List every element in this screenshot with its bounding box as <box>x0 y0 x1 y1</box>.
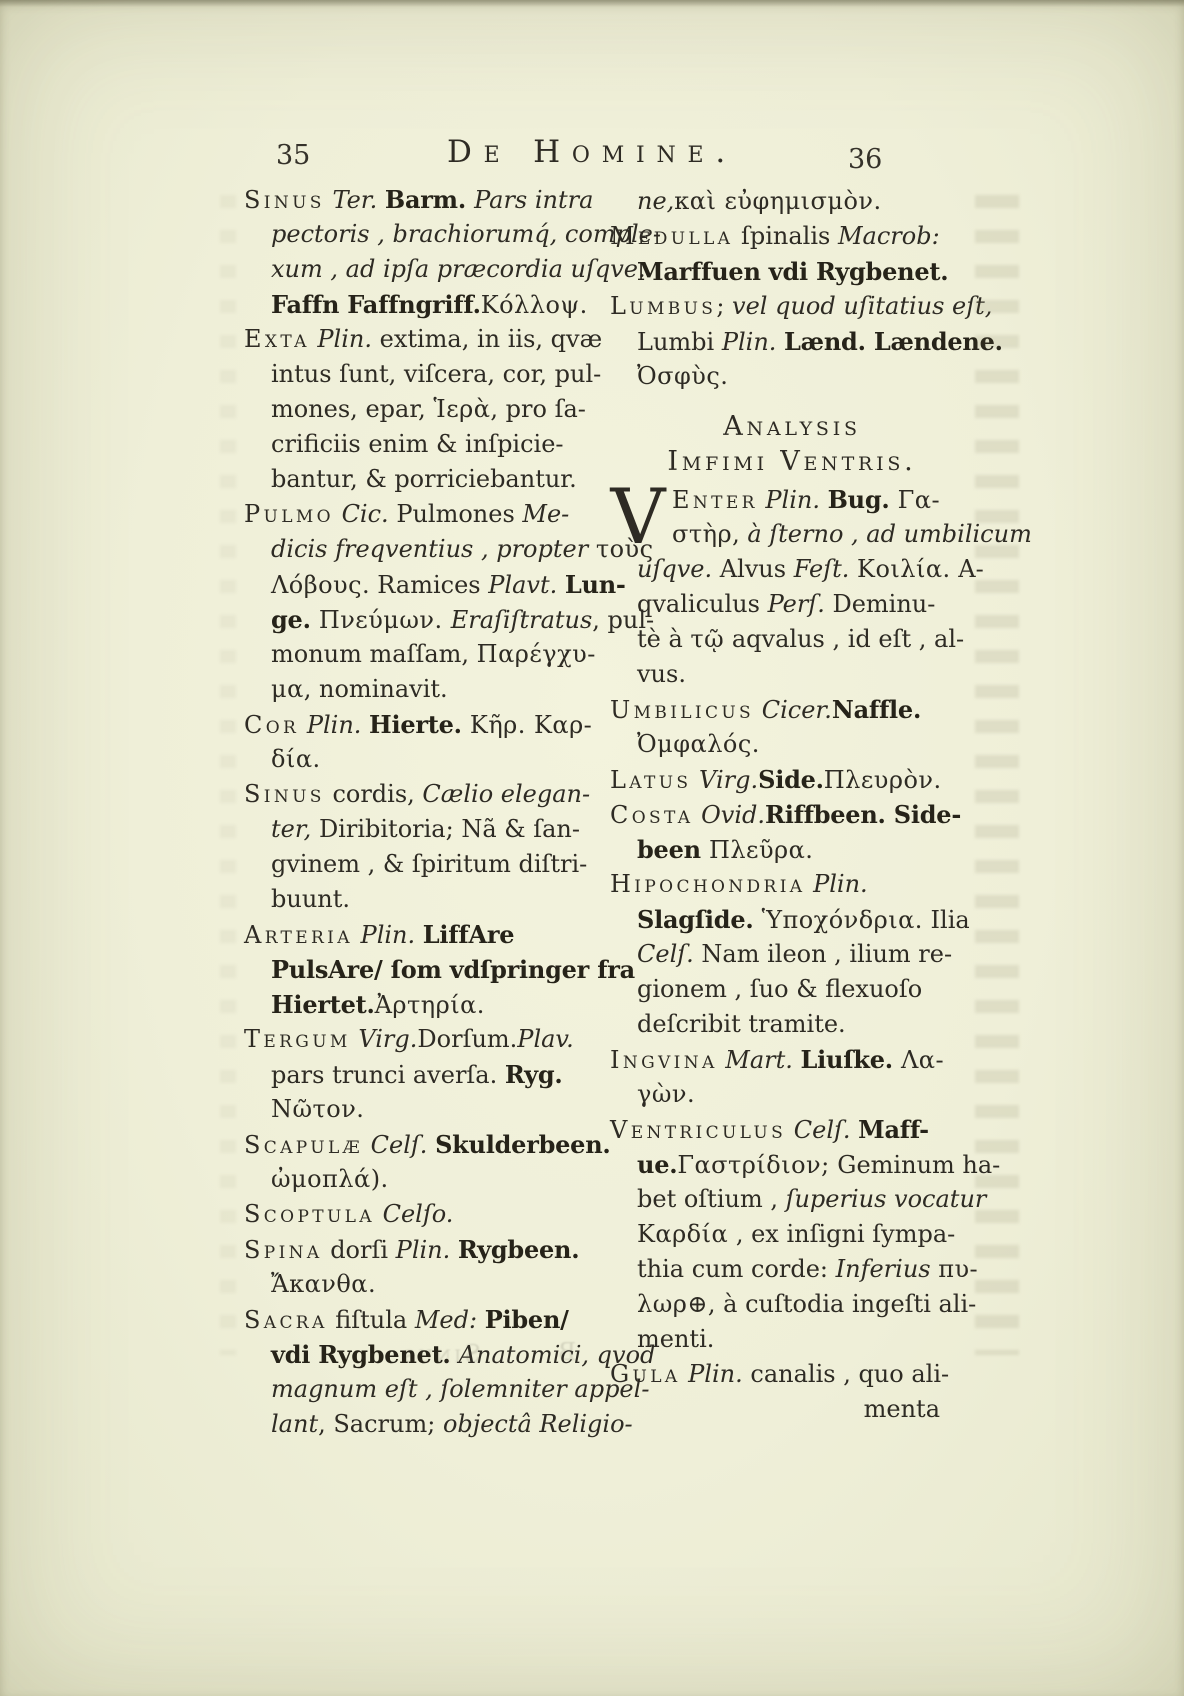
ink-bleedthrough-right-margin <box>975 195 1019 1355</box>
text-line: Sinus Ter. Barm. Pars intra <box>244 182 600 217</box>
text-segment-lm: Umbilicus <box>610 696 754 724</box>
text-segment-i: Plin. <box>813 870 868 898</box>
text-line: thia cum corde: Inferius πυ- <box>610 1252 974 1287</box>
text-segment-r: tè à <box>637 625 690 653</box>
text-segment-g: Ὀμφαλός. <box>637 730 760 758</box>
text-segment-r: , ex inſigni ſympa- <box>728 1220 955 1248</box>
text-segment-g: δία. <box>271 745 321 773</box>
drop-cap-initial: V <box>610 485 666 551</box>
text-segment-r: , Sacrum; <box>318 1410 443 1438</box>
text-segment-i: vel quod uſitatius eſt, <box>732 292 992 320</box>
text-segment-g: Νῶτον. <box>271 1095 364 1123</box>
text-segment-i: Plavt. <box>488 571 565 599</box>
text-segment-r: gionem , ſuo & flexuoſo <box>637 975 922 1003</box>
folio-number-right: 36 <box>848 144 882 175</box>
text-segment-i: Virg. <box>358 1025 417 1053</box>
text-segment-g: Ὀσφὺς. <box>637 362 728 390</box>
text-segment-lm: Arteria <box>244 921 353 949</box>
text-segment-g: Γαστρίδιον; <box>677 1151 829 1179</box>
text-line: Gula Plin. canalis , quo ali- <box>610 1357 974 1392</box>
text-segment-i: Plin. <box>317 325 379 353</box>
text-segment-lm: Cor <box>244 711 299 739</box>
text-segment-i: Virg. <box>699 766 758 794</box>
verso-signature-mark: B <box>555 1338 576 1366</box>
text-segment-i: Perſ. <box>768 590 833 618</box>
text-segment-g: Λα- <box>901 1046 944 1074</box>
text-segment-lm: Imfimi Ventris. <box>667 446 916 477</box>
text-segment-i: uſqve. <box>637 555 720 583</box>
dictionary-entry: Scoptula Celſo. <box>244 1197 600 1232</box>
text-segment-i: Plin. <box>307 711 369 739</box>
text-segment-f: Skulderbeen. <box>435 1130 610 1159</box>
text-line: δία. <box>244 742 600 777</box>
text-segment-lm: Sinus <box>244 780 325 808</box>
text-segment-r: ſpinalis <box>733 222 838 250</box>
text-segment-g: Λόβους <box>271 571 362 599</box>
text-segment-i: Feſt. <box>794 555 857 583</box>
text-segment-i: Plin. <box>396 1236 458 1264</box>
text-line: Scoptula Celſo. <box>244 1197 600 1232</box>
text-segment-lm: Medulla <box>610 222 733 250</box>
text-line: Ingvina Mart. Liuſke. Λα- <box>610 1042 974 1077</box>
text-segment-r: crificiis enim & inſpicie- <box>271 430 564 458</box>
dictionary-entry: Hipochondria Plin.Slagſide. Ὑποχόνδρια. … <box>610 867 974 1042</box>
text-line: ne,καὶ εὐφημισμὸν. <box>610 184 974 219</box>
text-segment-r <box>334 500 342 528</box>
text-segment-r <box>805 870 813 898</box>
text-line: Faffn Faffngriff.Κόλλοψ. <box>244 287 600 322</box>
text-segment-i: Eraſiſtratus <box>451 606 593 634</box>
text-segment-r: monum maſſam, <box>271 640 477 668</box>
text-line: Analysis <box>610 409 974 444</box>
text-segment-lm: Costa <box>610 801 693 829</box>
text-line: deſcribit tramite. <box>610 1007 974 1042</box>
dictionary-entry: Tergum Virg.Dorſum.Plav.pars trunci aver… <box>244 1022 600 1127</box>
text-segment-g: Ὑποχόνδρια. <box>762 906 923 934</box>
text-segment-g: πυ- <box>938 1255 978 1283</box>
text-segment-r: qvaliculus <box>637 590 768 618</box>
text-line: dicis freqventius , propter τοὺς <box>244 532 600 567</box>
dictionary-entry: Cor Plin. Hierte. Κῆρ. Καρ-δία. <box>244 707 600 777</box>
dictionary-entry: Ventriculus Celſ. Maff-ue.Γαστρίδιον; Ge… <box>610 1112 974 1357</box>
text-segment-f: LiffAre <box>423 920 515 949</box>
text-segment-r: canalis , quo ali- <box>750 1360 949 1388</box>
text-segment-r: Lumbi <box>637 328 722 356</box>
text-segment-f: Ryg. <box>505 1060 563 1089</box>
page-title: De Homine. <box>0 134 1184 170</box>
text-line: Pulmo Cic. Pulmones Me- <box>244 497 600 532</box>
text-segment-lm: Lumbus <box>610 292 716 320</box>
dictionary-entry: VEnter Plin. Bug. Γα-στὴρ, à ſterno , ad… <box>610 482 974 692</box>
text-line: Νῶτον. <box>244 1092 600 1127</box>
text-segment-f: Riffbeen. Side- <box>765 800 961 829</box>
text-segment-i: pectoris , brachiorumq́, comple- <box>271 220 661 248</box>
text-segment-g: Κοιλία. <box>857 555 951 583</box>
text-segment-r <box>299 711 307 739</box>
text-segment-g: καὶ εὐφημισμὸν. <box>674 187 881 215</box>
text-segment-i: Macrob: <box>838 222 940 250</box>
text-line: Λόβους. Ramices Plavt. Lun- <box>244 567 600 602</box>
text-segment-g: Καρδία <box>637 1220 728 1248</box>
text-segment-r: Pulmones <box>396 500 522 528</box>
text-line: gvinem , & ſpiritum diſtri- <box>244 847 600 882</box>
text-segment-r: Diribitoria; Nã & ſan- <box>311 815 580 843</box>
text-segment-r: . Ramices <box>362 571 488 599</box>
text-line: ge. Πνεύμων. Eraſiſtratus, pul- <box>244 602 600 637</box>
text-segment-g: Κόλλοψ. <box>481 291 588 319</box>
text-line: pectoris , brachiorumq́, comple- <box>244 217 600 252</box>
text-line: Marffuen vdi Rygbenet. <box>610 254 974 289</box>
text-segment-g: Πλεῦρα. <box>709 836 813 864</box>
text-line: Slagſide. Ὑποχόνδρια. Ilia <box>610 902 974 937</box>
text-segment-i: Cicer. <box>762 696 832 724</box>
dictionary-entry: Scapulæ Celſ. Skulderbeen.ὠμοπλά). <box>244 1127 600 1197</box>
text-segment-r <box>375 1200 383 1228</box>
text-line: Hiertet.Ἀρτηρία. <box>244 987 600 1022</box>
text-segment-i: Inferius <box>836 1255 939 1283</box>
text-segment-r: pars trunci averſa. <box>271 1061 505 1089</box>
text-segment-lm: Ingvina <box>610 1046 718 1074</box>
text-segment-i: Cic. <box>342 500 397 528</box>
text-segment-r: aqvalus , id eſt , al- <box>724 625 964 653</box>
text-line: Tergum Virg.Dorſum.Plav. <box>244 1022 600 1057</box>
text-segment-i: objectâ Religio- <box>443 1410 633 1438</box>
dictionary-entry: Umbilicus Cicer.Naffle.Ὀμφαλός. <box>610 692 974 762</box>
text-line: γὼν. <box>610 1077 974 1112</box>
dictionary-entry: Sinus cordis, Cælio elegan-ter, Diribito… <box>244 777 600 917</box>
text-segment-i: Plin. <box>765 486 827 514</box>
text-segment-f: Lænd. Lændene. <box>784 327 1003 356</box>
text-segment-i: ne, <box>637 187 674 215</box>
scan-edge-shadow <box>0 0 1184 7</box>
text-segment-f: PulsAre/ ſom vdſpringer fra <box>271 955 635 984</box>
text-segment-f: Hierte. <box>369 710 470 739</box>
dictionary-entry: Lumbus; vel quod uſitatius eſt,Lumbi Pli… <box>610 289 974 394</box>
text-line: Καρδία , ex inſigni ſympa- <box>610 1217 974 1252</box>
text-segment-i: Celſo. <box>383 1200 454 1228</box>
text-segment-i: Med: <box>415 1306 485 1334</box>
text-segment-r: Alvus <box>720 555 794 583</box>
text-line: Ἄκανθα. <box>244 1267 600 1302</box>
text-line: Arteria Plin. LiffAre <box>244 917 600 952</box>
dictionary-entry: ne,καὶ εὐφημισμὸν. <box>610 184 974 219</box>
text-segment-r: intus ſunt, viſcera, cor, pul- <box>271 360 601 388</box>
text-segment-r: mones, epar, <box>271 395 433 423</box>
text-line: menti. <box>610 1322 974 1357</box>
text-segment-r: vus. <box>637 660 686 688</box>
text-segment-g: Πλευρὸν. <box>824 766 942 794</box>
text-line: Celſ. Nam ileon , ilium re- <box>610 937 974 972</box>
right-text-column: ne,καὶ εὐφημισμὸν.Medulla ſpinalis Macro… <box>610 184 974 1427</box>
text-segment-f: Rygbeen. <box>458 1235 579 1264</box>
text-line: Umbilicus Cicer.Naffle. <box>610 692 974 727</box>
text-segment-f: Liuſke. <box>801 1045 901 1074</box>
text-segment-r: bantur, & porriciebantur. <box>271 465 577 493</box>
text-segment-i: Mart. <box>725 1046 800 1074</box>
ink-bleedthrough-left-margin <box>220 195 236 1355</box>
text-segment-lm: Spina <box>244 1236 323 1264</box>
text-line: lant, Sacrum; objectâ Religio- <box>244 1407 600 1442</box>
text-segment-i: Celſ. <box>637 940 701 968</box>
text-segment-i: Plin. <box>361 921 423 949</box>
text-segment-f: Naffle. <box>832 695 921 724</box>
text-segment-lm: Enter <box>672 486 758 514</box>
text-line: pars trunci averſa. Ryg. <box>244 1057 600 1092</box>
text-segment-lm: Ventriculus <box>610 1116 786 1144</box>
text-line: buunt. <box>244 882 600 917</box>
text-segment-lm: Analysis <box>723 411 861 442</box>
text-segment-g: στὴρ <box>672 520 732 548</box>
text-segment-g: Ἄκανθα. <box>271 1270 376 1298</box>
text-segment-g: τῷ <box>690 625 724 653</box>
text-segment-r: Nam ileon , ilium re- <box>701 940 952 968</box>
text-line: gionem , ſuo & flexuoſo <box>610 972 974 1007</box>
text-segment-i: Celſ. <box>794 1116 858 1144</box>
text-segment-lm: Sinus <box>244 186 325 214</box>
text-segment-r: thia cum corde: <box>637 1255 836 1283</box>
text-segment-g: γὼν. <box>637 1080 695 1108</box>
text-segment-r: , à cuſtodia ingeſti ali- <box>708 1290 976 1318</box>
text-segment-lm: Scapulæ <box>244 1131 363 1159</box>
text-line: vus. <box>610 657 974 692</box>
text-line: Ventriculus Celſ. Maff- <box>610 1112 974 1147</box>
text-segment-i: Celſ. <box>371 1131 435 1159</box>
text-line: Sinus cordis, Cælio elegan- <box>244 777 600 812</box>
dictionary-entry: Sinus Ter. Barm. Pars intrapectoris , br… <box>244 182 600 322</box>
text-segment-i: Ovid. <box>701 801 765 829</box>
text-segment-i: lant <box>271 1410 318 1438</box>
text-segment-f: Maff- <box>858 1115 929 1144</box>
text-segment-r: extima, in iis, qvæ <box>380 325 603 353</box>
dictionary-entry: Medulla ſpinalis Macrob:Marffuen vdi Ryg… <box>610 219 974 289</box>
text-segment-r: bet oſtium , <box>637 1185 786 1213</box>
text-line: μα, nominavit. <box>244 672 600 707</box>
dictionary-entry: Exta Plin. extima, in iis, qvæintus ſunt… <box>244 322 600 497</box>
text-segment-i: Plin. <box>722 328 784 356</box>
text-segment-lm: Exta <box>244 325 310 353</box>
text-line: Latus Virg.Side.Πλευρὸν. <box>610 762 974 797</box>
text-line: xum , ad ipſa præcordia uſqve. <box>244 252 600 287</box>
text-line: tè à τῷ aqvalus , id eſt , al- <box>610 622 974 657</box>
text-line: Exta Plin. extima, in iis, qvæ <box>244 322 600 357</box>
text-segment-f: Slagſide. <box>637 905 762 934</box>
text-line: Costa Ovid.Riffbeen. Side- <box>610 797 974 832</box>
text-line: Hipochondria Plin. <box>610 867 974 902</box>
section-heading: AnalysisImfimi Ventris. <box>610 409 974 479</box>
text-line: λωρ⊕, à cuſtodia ingeſti ali- <box>610 1287 974 1322</box>
text-segment-r: deſcribit tramite. <box>637 1010 846 1038</box>
text-segment-f: Hiertet. <box>271 990 375 1019</box>
text-segment-g: Ἱερὰ <box>433 395 490 423</box>
text-segment-i: Ter. <box>332 186 384 214</box>
text-segment-lm: Hipochondria <box>610 870 805 898</box>
text-segment-r: , nominavit. <box>304 675 448 703</box>
dictionary-entry: Costa Ovid.Riffbeen. Side-been Πλεῦρα. <box>610 797 974 867</box>
text-line: Scapulæ Celſ. Skulderbeen. <box>244 1127 600 1162</box>
text-segment-r <box>363 1131 371 1159</box>
text-segment-g: Γα- <box>898 486 940 514</box>
text-segment-f: Bug. <box>828 485 898 514</box>
scanned-book-page: 35 De Homine. 36 Sinus Ter. Barm. Pars i… <box>0 0 1184 1696</box>
dictionary-entry: Latus Virg.Side.Πλευρὸν. <box>610 762 974 797</box>
text-segment-f: Side. <box>758 765 824 794</box>
text-segment-r <box>353 921 361 949</box>
text-segment-r <box>754 696 762 724</box>
text-segment-lm: Pulmo <box>244 500 334 528</box>
text-segment-f: ue. <box>637 1150 677 1179</box>
text-segment-g: μα <box>271 675 304 703</box>
dictionary-entry: Gula Plin. canalis , quo ali-menta <box>610 1357 974 1427</box>
text-line: intus ſunt, viſcera, cor, pul- <box>244 357 600 392</box>
text-segment-g: Παρέγχυ- <box>477 640 596 668</box>
text-segment-g: Κῆρ. Καρ- <box>470 711 592 739</box>
text-segment-i: Pars intra <box>474 186 593 214</box>
text-line: Lumbus; vel quod uſitatius eſt, <box>610 289 974 324</box>
text-segment-lm: Latus <box>610 766 691 794</box>
text-line: crificiis enim & inſpicie- <box>244 427 600 462</box>
catchword: menta <box>610 1392 974 1427</box>
text-segment-i: Plin. <box>688 1360 750 1388</box>
text-segment-r: fiſtula <box>328 1306 415 1334</box>
text-segment-r: cordis, <box>325 780 423 808</box>
text-line: ue.Γαστρίδιον; Geminum ha- <box>610 1147 974 1182</box>
text-segment-r: Deminu- <box>832 590 935 618</box>
text-segment-r <box>693 801 701 829</box>
text-line: ter, Diribitoria; Nã & ſan- <box>244 812 600 847</box>
text-segment-r: menti. <box>637 1325 714 1353</box>
text-line: Cor Plin. Hierte. Κῆρ. Καρ- <box>244 707 600 742</box>
text-line: Spina dorſi Plin. Rygbeen. <box>244 1232 600 1267</box>
verso-catchword: Sinus <box>400 1340 481 1368</box>
text-segment-r <box>691 766 699 794</box>
dictionary-entry: Pulmo Cic. Pulmones Me-dicis freqventius… <box>244 497 600 707</box>
dictionary-entry: Sacra fiſtula Med: Piben/vdi Rygbenet. A… <box>244 1302 600 1442</box>
text-segment-lm: Gula <box>610 1360 681 1388</box>
text-segment-i: Plav. <box>517 1025 573 1053</box>
text-segment-i: Me- <box>522 500 569 528</box>
text-segment-r: dorſi <box>323 1236 396 1264</box>
text-segment-lm: Scoptula <box>244 1200 375 1228</box>
dictionary-entry: Spina dorſi Plin. Rygbeen.Ἄκανθα. <box>244 1232 600 1302</box>
text-segment-i: ter, <box>271 815 311 843</box>
text-line: PulsAre/ ſom vdſpringer fra <box>244 952 600 987</box>
text-segment-f: Marffuen vdi Rygbenet. <box>637 257 948 286</box>
text-segment-r: menta <box>864 1395 940 1423</box>
dictionary-entry: Ingvina Mart. Liuſke. Λα-γὼν. <box>610 1042 974 1112</box>
text-segment-r: , <box>732 520 747 548</box>
text-line: bantur, & porriciebantur. <box>244 462 600 497</box>
text-line: Ὀσφὺς. <box>610 359 974 394</box>
text-segment-i: xum , ad ipſa præcordia uſqve. <box>271 255 646 283</box>
text-line: Ὀμφαλός. <box>610 727 974 762</box>
text-segment-r: buunt. <box>271 885 350 913</box>
text-segment-i: ſuperius vocatur <box>786 1185 987 1213</box>
text-line: uſqve. Alvus Feſt. Κοιλία. A- <box>610 552 974 587</box>
text-segment-r <box>786 1116 794 1144</box>
text-segment-f: Faffn Faffngriff. <box>271 290 481 319</box>
text-line: Sacra fiſtula Med: Piben/ <box>244 1302 600 1337</box>
text-segment-lm: Tergum <box>244 1025 351 1053</box>
text-segment-f: Barm. <box>385 185 474 214</box>
text-line: Lumbi Plin. Lænd. Lændene. <box>610 324 974 359</box>
text-line: Medulla ſpinalis Macrob: <box>610 219 974 254</box>
text-segment-lm: Sacra <box>244 1306 328 1334</box>
text-segment-g: λωρ⊕ <box>637 1290 708 1318</box>
text-segment-r: ; <box>716 292 732 320</box>
text-segment-f: ge. <box>271 605 319 634</box>
text-line: qvaliculus Perſ. Deminu- <box>610 587 974 622</box>
text-line: ὠμοπλά). <box>244 1162 600 1197</box>
text-segment-g: Πνεύμων. <box>319 606 451 634</box>
text-segment-r: , pro ſa- <box>490 395 585 423</box>
text-line: mones, epar, Ἱερὰ, pro ſa- <box>244 392 600 427</box>
text-segment-i: magnum eſt , ſolemniter appel- <box>271 1375 649 1403</box>
text-segment-r: gvinem , & ſpiritum diſtri- <box>271 850 587 878</box>
text-segment-i: dicis freqventius , propter <box>271 535 596 563</box>
text-segment-g: ὠμοπλά). <box>271 1165 389 1193</box>
dictionary-entry: Arteria Plin. LiffArePulsAre/ ſom vdſpri… <box>244 917 600 1022</box>
text-line: been Πλεῦρα. <box>610 832 974 867</box>
text-segment-r <box>681 1360 689 1388</box>
text-segment-r: Ilia <box>923 906 970 934</box>
text-line: monum maſſam, Παρέγχυ- <box>244 637 600 672</box>
left-text-column: Sinus Ter. Barm. Pars intrapectoris , br… <box>244 182 600 1442</box>
text-segment-i: Cælio elegan- <box>422 780 590 808</box>
text-segment-f: been <box>637 835 709 864</box>
text-line: magnum eſt , ſolemniter appel- <box>244 1372 600 1407</box>
text-segment-r: Dorſum. <box>417 1025 517 1053</box>
text-segment-g: Ἀρτηρία. <box>375 991 485 1019</box>
text-segment-f: Piben/ <box>485 1305 569 1334</box>
text-line: bet oſtium , ſuperius vocatur <box>610 1182 974 1217</box>
